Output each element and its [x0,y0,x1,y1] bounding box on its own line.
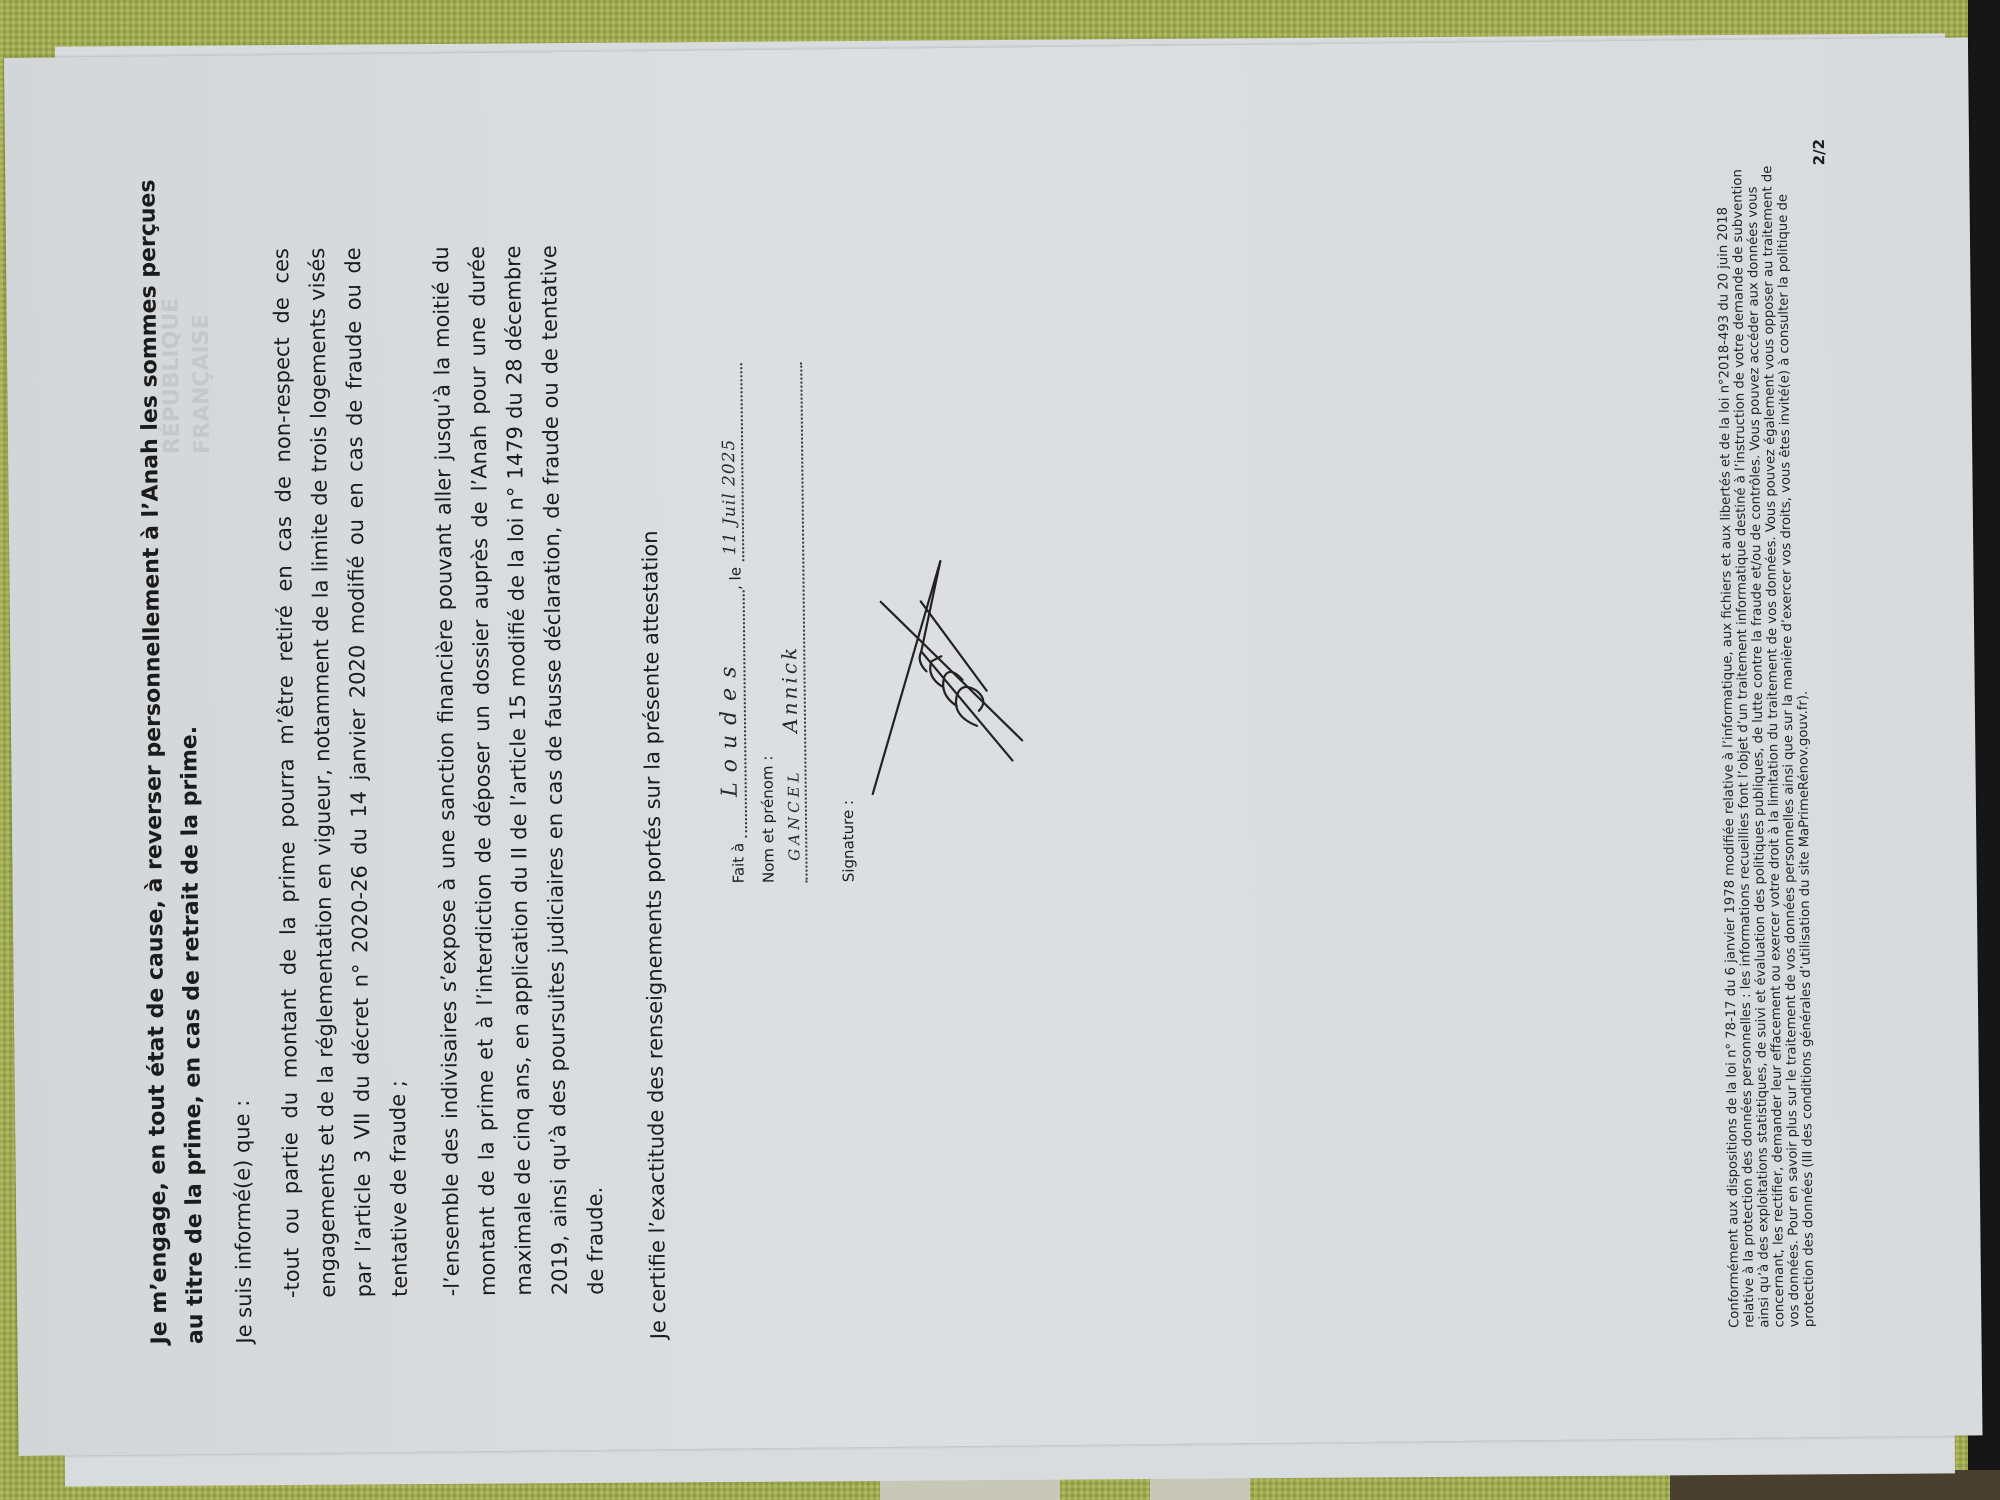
page-number: 2/2 [1810,139,1828,166]
date-field[interactable]: 11 Juil 2025 [718,363,744,561]
rotated-page-content: RÉPUBLIQUE FRANÇAISE Je m’engage, en tou… [4,37,1983,1455]
signature-icon [860,540,1053,802]
place-date-row: Fait à Loudes , le 11 Juil 2025 [706,363,747,883]
fait-a-label: Fait à [729,843,747,884]
name-label: Nom et prénom : [758,756,777,884]
condition-item: -l’ensemble des indivisaires s’expose à … [423,245,614,1342]
place-handwritten: Loudes [716,656,742,797]
condition-item: -tout ou partie du montant de la prime p… [263,247,418,1343]
document-page: RÉPUBLIQUE FRANÇAISE Je m’engage, en tou… [4,37,1983,1455]
name-row: GANCEL Annick [772,363,807,883]
document-body: Je m’engage, en tout état de cause, à re… [130,165,1058,1345]
last-name-handwritten: GANCEL [784,768,803,861]
certification-statement: Je certifie l’exactitude des renseigneme… [628,169,676,1339]
signature-label-row: Signature : [802,362,857,882]
signature-block: Fait à Loudes , le 11 Juil 2025 Nom et p… [706,360,1053,884]
handwritten-signature [861,620,1053,802]
date-label: , le [726,567,744,590]
data-protection-footer: Conformément aux dispositions de la loi … [1715,157,1817,1328]
informed-label: Je suis informé(e) que : [214,173,262,1343]
signature-label: Signature : [839,800,858,882]
commitment-statement: Je m’engage, en tout état de cause, à re… [130,174,214,1345]
conditions-list: -tout ou partie du montant de la prime p… [263,240,615,1344]
place-field[interactable]: Loudes [721,590,748,837]
date-handwritten: 11 Juil 2025 [719,439,740,556]
first-name-handwritten: Annick [777,645,802,733]
